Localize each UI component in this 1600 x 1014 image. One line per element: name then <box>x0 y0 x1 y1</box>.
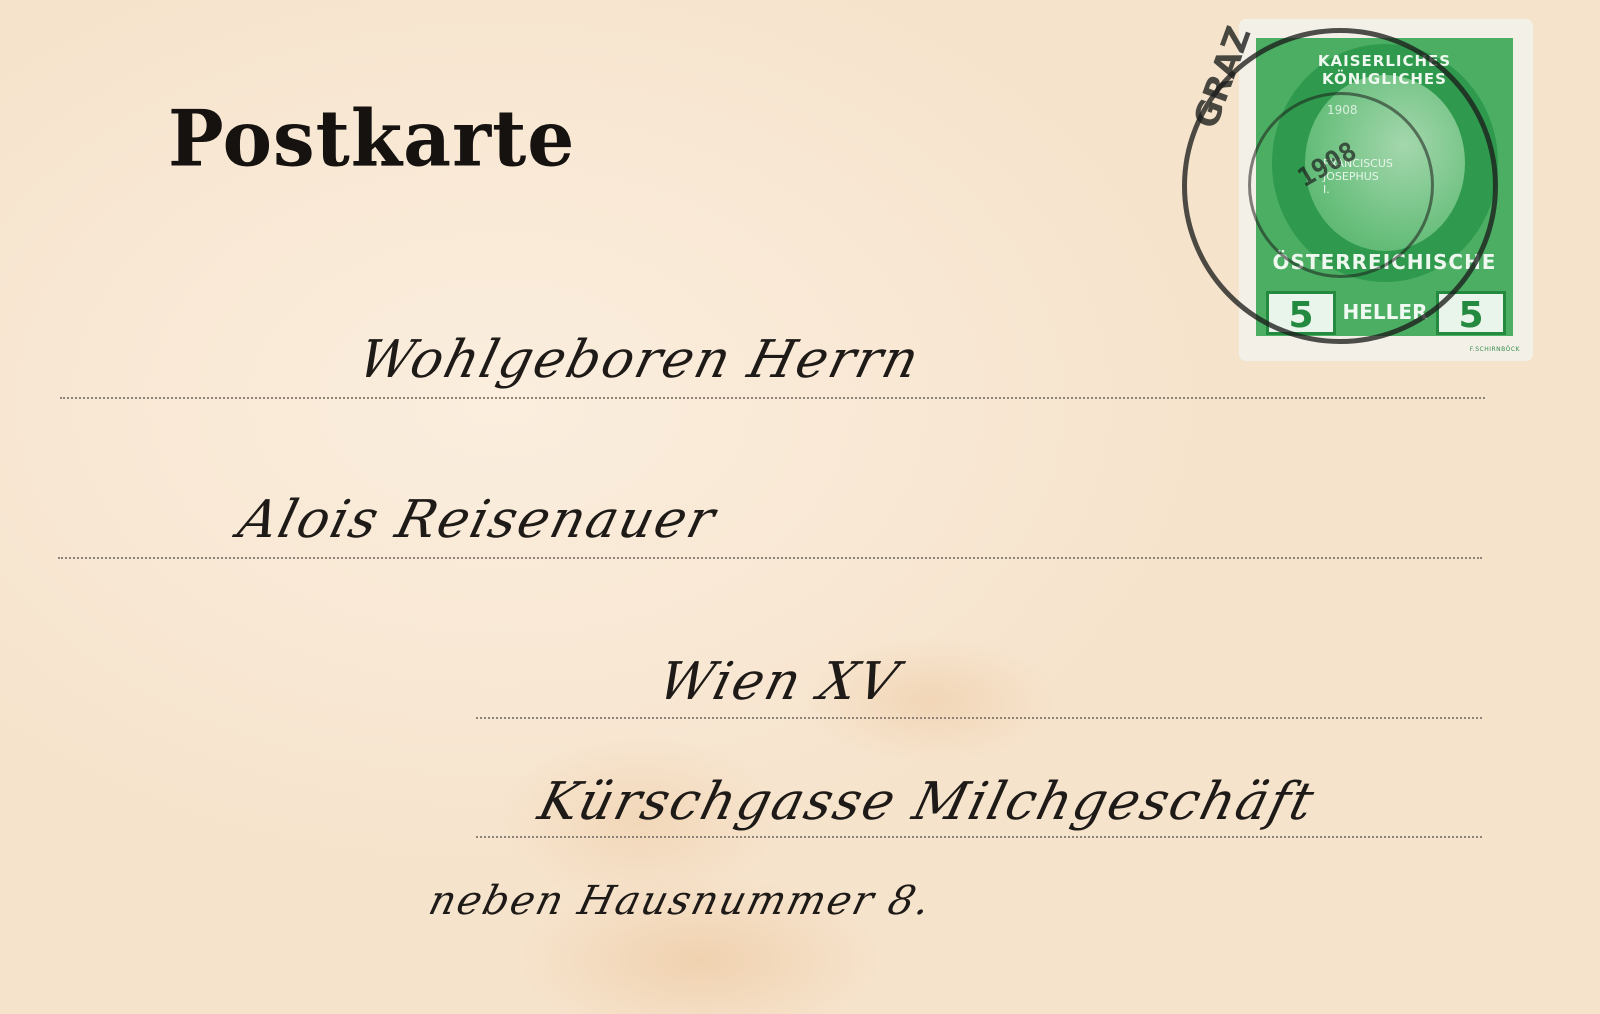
address-rule-4 <box>476 836 1482 838</box>
address-rule-3 <box>476 717 1482 719</box>
address-salutation: Wohlgeboren Herrn <box>353 330 927 390</box>
postcard-back: Postkarte Wohlgeboren Herrn Alois Reisen… <box>0 0 1600 1014</box>
postcard-title: Postkarte <box>168 94 575 184</box>
address-city: Wien XV <box>653 652 906 712</box>
stamp-engraver: F.SCHIRNBÖCK <box>1470 346 1520 353</box>
address-rule-2 <box>58 557 1482 559</box>
address-rule-1 <box>60 397 1485 399</box>
address-recipient-name: Alois Reisenauer <box>233 490 723 550</box>
address-note: neben Hausnummer 8. <box>424 878 937 924</box>
postmark-inner-ring <box>1248 92 1434 278</box>
address-street: Kürschgasse Milchgeschäft <box>533 772 1322 832</box>
